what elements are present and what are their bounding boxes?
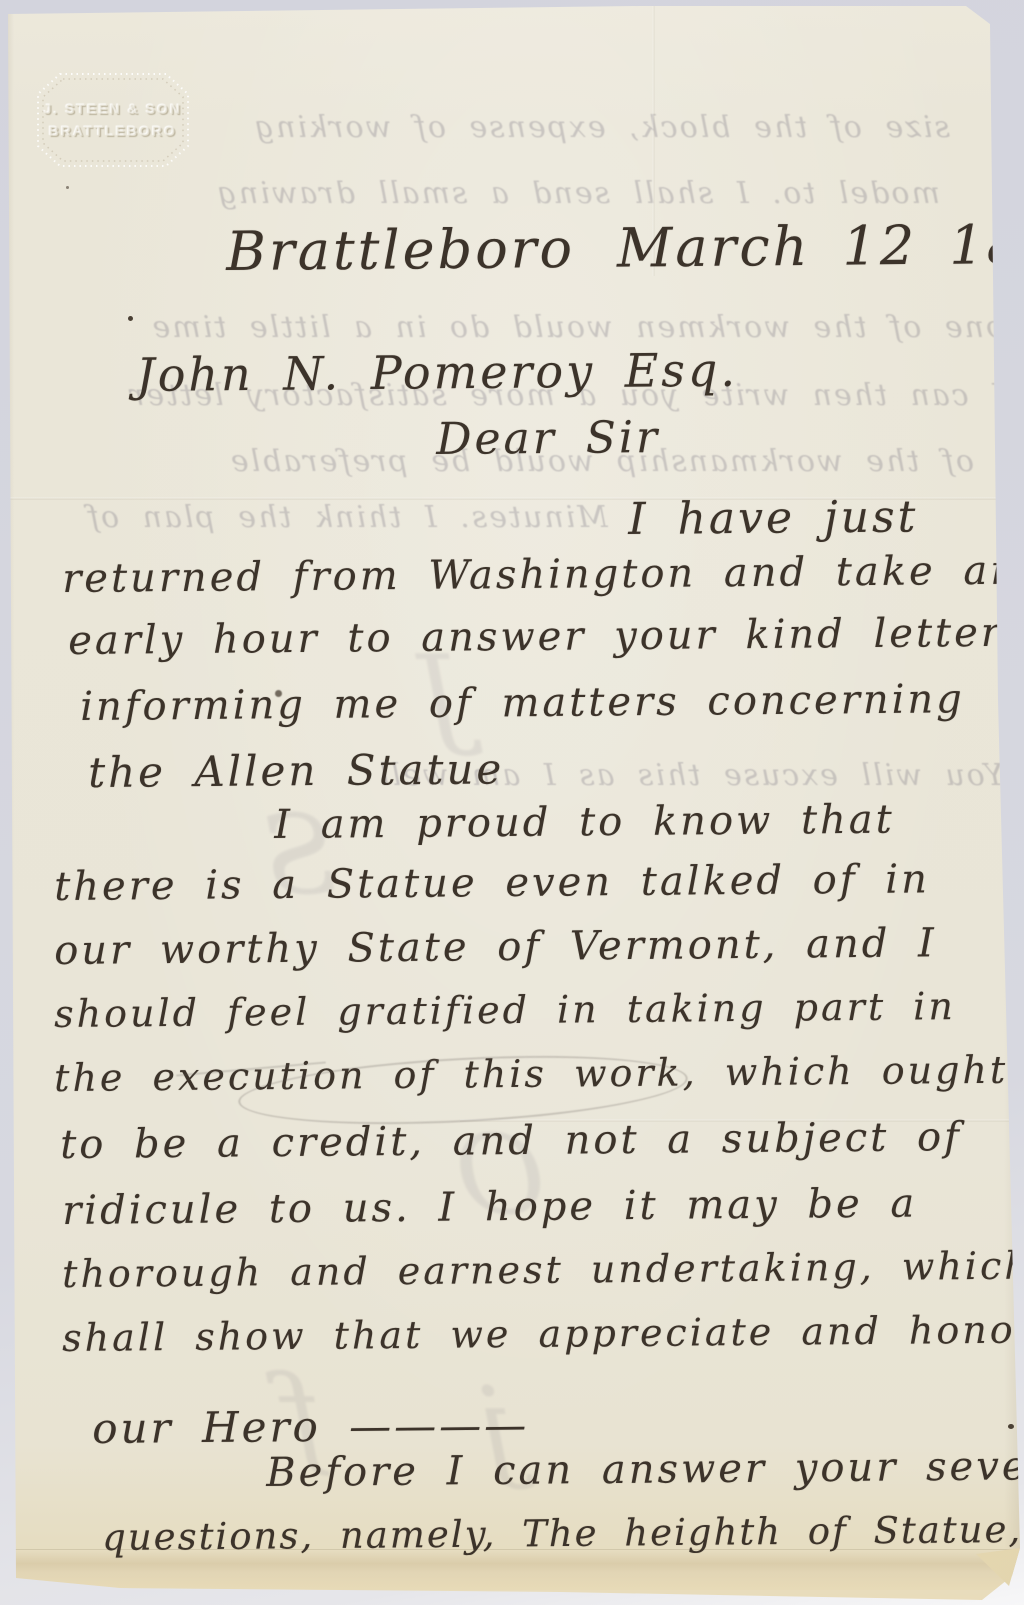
- date-text: March 12 1858: [617, 212, 1024, 279]
- ghost-bleedthrough-line: model to. I shall send a small drawing: [140, 176, 940, 211]
- ghost-bleedthrough-line: Minutes. I think the plan of: [48, 500, 608, 535]
- stamp-text: J. STEEN & SON BRATTLEBORO: [34, 70, 192, 170]
- letter-line: our Hero ————: [92, 1400, 529, 1453]
- stamp-line2: BRATTLEBORO: [49, 123, 177, 139]
- letter-line: returned from Washington and take an: [62, 548, 1019, 602]
- letter-line: I am proud to know that: [274, 797, 895, 848]
- letter-line: questions, namely, The heighth of Statue…: [102, 1508, 1022, 1559]
- letter-line: the Allen Statue: [88, 744, 504, 797]
- ink-speck: [275, 690, 282, 697]
- letter-line: there is a Statue even talked of in: [54, 856, 930, 910]
- letter-line: I have just: [628, 491, 918, 545]
- embossed-stationer-stamp: J. STEEN & SON BRATTLEBORO: [34, 70, 192, 170]
- salutation-line: Dear Sir: [436, 412, 660, 465]
- letter-line: thorough and earnest undertaking, which: [62, 1244, 1024, 1296]
- letter-line: to be a credit, and not a subject of: [60, 1114, 962, 1168]
- letter-line: informing me of matters concerning: [80, 676, 965, 730]
- ghost-bleedthrough-line: one of the workmen would do in a little …: [4, 310, 1004, 345]
- ink-speck: [66, 186, 69, 189]
- stamp-line1: J. STEEN & SON: [44, 101, 182, 117]
- letter-line: early hour to answer your kind letter,: [68, 610, 1014, 664]
- ink-speck: [128, 316, 133, 321]
- letter-line: shall show that we appreciate and honor: [62, 1307, 1024, 1360]
- scanned-letter: J. STEEN & SON BRATTLEBORO size of the b…: [0, 0, 1024, 1605]
- letter-line: should feel gratified in taking part in: [54, 984, 956, 1036]
- letter-paper: J. STEEN & SON BRATTLEBORO size of the b…: [0, 0, 1024, 1605]
- letter-line: our worthy State of Vermont, and I: [54, 920, 937, 974]
- ink-speck: [1008, 1424, 1014, 1429]
- letter-line: ridicule to us. I hope it may be a: [62, 1181, 917, 1234]
- ghost-bleedthrough-line: size of the block, expense of working: [170, 110, 950, 145]
- recipient-line: John N. Pomeroy Esq.: [136, 343, 738, 402]
- dateline: BrattleboroMarch 12 1858: [226, 212, 1024, 283]
- letter-line: Before I can answer your several: [266, 1443, 1024, 1496]
- place-text: Brattleboro: [226, 217, 575, 283]
